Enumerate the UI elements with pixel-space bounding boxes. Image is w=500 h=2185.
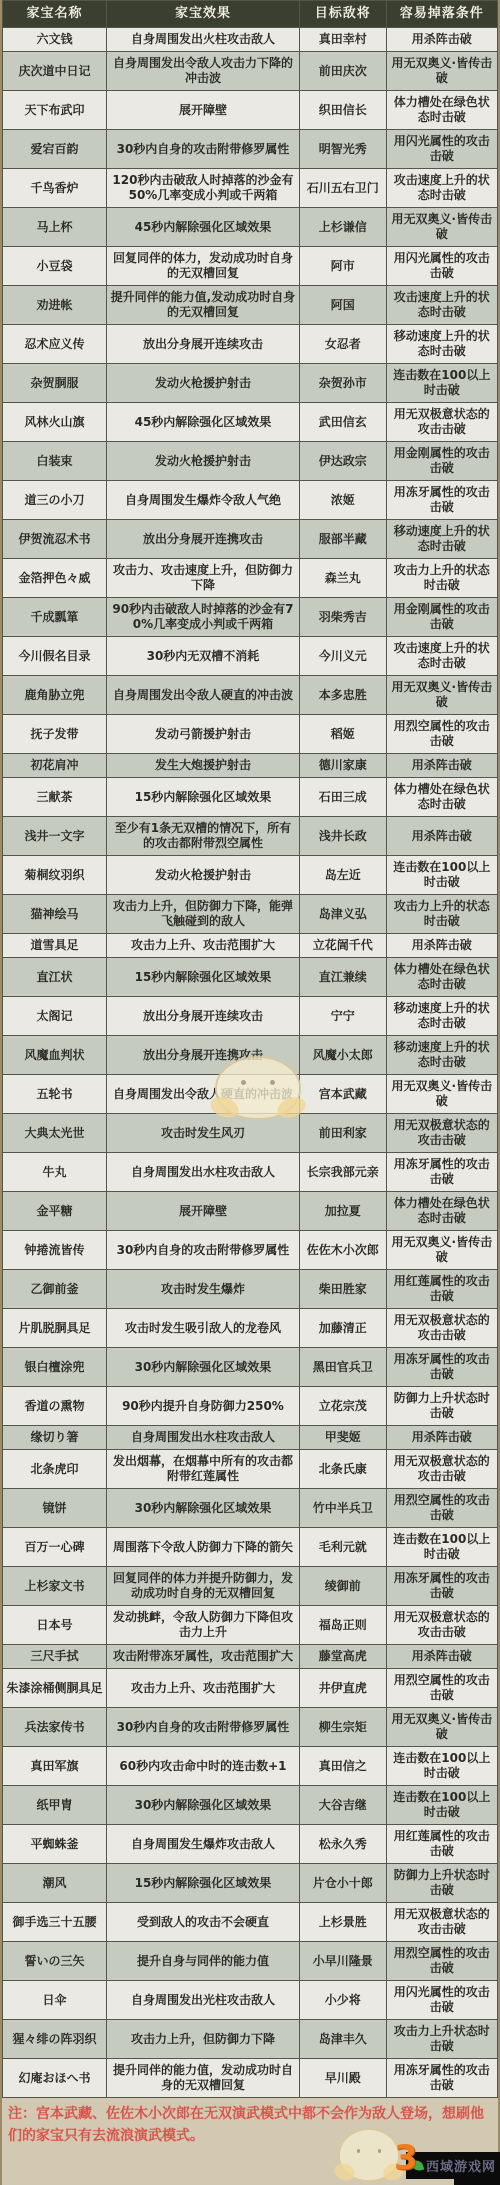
drop-condition-cell: 用烈空属性的攻击击破 [387,1942,498,1981]
table-row: 道三の小刀自身周围发生爆炸令敌人气绝浓姬用冻牙属性的攻击击破 [3,481,498,520]
table-row: 爱宕百韵30秒内自身的攻击附带修罗属性明智光秀用闪光属性的攻击击破 [3,130,498,169]
target-general-cell: 织田信长 [300,91,387,130]
target-general-cell: 德川家康 [300,754,387,778]
heirloom-name-cell: 风林火山旗 [3,403,107,442]
drop-condition-cell: 攻击力上升的状态时击破 [387,559,498,598]
heirloom-effect-cell: 自身周围发出水柱攻击敌人 [107,1426,300,1450]
drop-condition-cell: 用无双奥义·皆传击破 [387,1708,498,1747]
heirloom-effect-cell: 至少有1条无双槽的情况下，所有的攻击都附带烈空属性 [107,817,300,856]
heirloom-name-cell: 片肌脱胴具足 [3,1309,107,1348]
drop-condition-cell: 攻击力上升的状态时击破 [387,895,498,934]
heirloom-name-cell: 千成瓢箪 [3,598,107,637]
column-header-drop-condition: 容易掉落条件 [387,1,498,28]
table-row: 钟捲流皆传30秒内自身的攻击附带修罗属性佐佐木小次郎用无双奥义·皆传击破 [3,1231,498,1270]
drop-condition-cell: 体力槽处在绿色状态时击破 [387,778,498,817]
table-row: 劝进帐提升同伴的能力值,发动成功时自身的无双槽回复阿国攻击速度上升的状态时击破 [3,286,498,325]
target-general-cell: 佐佐木小次郎 [300,1231,387,1270]
table-row: 杂贺胴服发动火枪援护射击杂贺孙市连击数在100以上时击破 [3,364,498,403]
drop-condition-cell: 用烈空属性的攻击击破 [387,715,498,754]
heirloom-effect-cell: 发动挑衅，令敌人防御力下降但攻击力上升 [107,1606,300,1645]
heirloom-effect-cell: 45秒内解除强化区域效果 [107,403,300,442]
drop-condition-cell: 用无双极意状态的攻击击破 [387,1903,498,1942]
table-row: 三献茶15秒内解除强化区域效果石田三成体力槽处在绿色状态时击破 [3,778,498,817]
drop-condition-cell: 用杀阵击破 [387,1645,498,1669]
table-row: 乙御前釜攻击时发生爆炸柴田胜家用红莲属性的攻击击破 [3,1270,498,1309]
table-row: 道雪具足攻击力上升、攻击范围扩大立花訚千代用杀阵击破 [3,934,498,958]
drop-condition-cell: 用无双奥义·皆传击破 [387,1231,498,1270]
target-general-cell: 女忍者 [300,325,387,364]
table-row: 牛丸自身周围发出水柱攻击敌人长宗我部元亲用冻牙属性的攻击击破 [3,1153,498,1192]
heirloom-name-cell: 乙御前釜 [3,1270,107,1309]
drop-condition-cell: 用无双奥义·皆传击破 [387,52,498,91]
target-general-cell: 岛津义弘 [300,895,387,934]
table-row: 浅井一文字至少有1条无双槽的情况下，所有的攻击都附带烈空属性浅井长政用杀阵击破 [3,817,498,856]
watermark-number: 3 [394,2138,418,2178]
heirloom-name-cell: 缘切り箸 [3,1426,107,1450]
drop-condition-cell: 用无双极意状态的攻击击破 [387,1114,498,1153]
drop-condition-cell: 用闪光属性的攻击击破 [387,1981,498,2020]
target-general-cell: 浅井长政 [300,817,387,856]
heirloom-name-cell: 忍术应义传 [3,325,107,364]
heirloom-effect-cell: 展开障壁 [107,91,300,130]
heirloom-name-cell: 初花肩冲 [3,754,107,778]
target-general-cell: 绫御前 [300,1567,387,1606]
table-row: 风魔血判状放出分身展开连携攻击风魔小太郎移动速度上升的状态时击破 [3,1036,498,1075]
drop-condition-cell: 用红莲属性的攻击击破 [387,1825,498,1864]
target-general-cell: 羽柴秀吉 [300,598,387,637]
table-row: 上杉家文书回复同伴的体力并提升防御力，发动成功时自身的无双槽回复绫御前用冻牙属性… [3,1567,498,1606]
table-row: 百万一心碑周围落下令敌人防御力下降的箭矢毛利元就连击数在100以上时击破 [3,1528,498,1567]
heirloom-effect-cell: 发动火枪援护射击 [107,442,300,481]
heirloom-name-cell: 太阁记 [3,997,107,1036]
heirloom-effect-cell: 30秒内解除强化区域效果 [107,1786,300,1825]
table-row: 片肌脱胴具足攻击时发生吸引敌人的龙卷风加藤清正用无双极意状态的攻击击破 [3,1309,498,1348]
drop-condition-cell: 用无双奥义·皆传击破 [387,676,498,715]
table-row: 菊桐纹羽织发动火枪援护射击岛左近连击数在100以上时击破 [3,856,498,895]
drop-condition-cell: 用红莲属性的攻击击破 [387,1270,498,1309]
table-row: 庆次道中日记自身周围发出令敌人攻击力下降的冲击波前田庆次用无双奥义·皆传击破 [3,52,498,91]
footer-note: 注：宫本武藏、佐佐木小次郎在无双演武模式中都不会作为敌人登场，想刷他们的家宝只有… [8,2104,492,2147]
drop-condition-cell: 体力槽处在绿色状态时击破 [387,958,498,997]
heirloom-name-cell: 五轮书 [3,1075,107,1114]
drop-condition-cell: 用闪光属性的攻击击破 [387,247,498,286]
heirloom-effect-cell: 90秒内击破敌人时掉落的沙金有70%几率变成小判或千两箱 [107,598,300,637]
table-row: 猩々绯の阵羽织攻击力上升，但防御力下降岛津丰久攻击力上升状态时击破 [3,2020,498,2059]
table-row: 誓いの三矢提升自身与同伴的能力值小早川隆景用烈空属性的攻击击破 [3,1942,498,1981]
table-row: 御手选三十五腰受到敌人的攻击不会硬直上杉景胜用无双极意状态的攻击击破 [3,1903,498,1942]
heirloom-effect-cell: 放出分身展开连携攻击 [107,520,300,559]
target-general-cell: 柳生宗矩 [300,1708,387,1747]
heirloom-effect-cell: 发生大炮援护射击 [107,754,300,778]
target-general-cell: 阿国 [300,286,387,325]
heirloom-name-cell: 道三の小刀 [3,481,107,520]
table-row: 银白檀涂兜30秒内解除强化区域效果黑田官兵卫用冻牙属性的攻击击破 [3,1348,498,1387]
heirloom-name-cell: 猫神绘马 [3,895,107,934]
drop-condition-cell: 攻击速度上升的状态时击破 [387,637,498,676]
heirloom-name-cell: 日伞 [3,1981,107,2020]
drop-condition-cell: 用冻牙属性的攻击击破 [387,1348,498,1387]
drop-condition-cell: 用冻牙属性的攻击击破 [387,1153,498,1192]
table-row: 抚子发带发动弓箭援护射击稻姬用烈空属性的攻击击破 [3,715,498,754]
table-row: 今川假名目录30秒内无双槽不消耗今川义元攻击速度上升的状态时击破 [3,637,498,676]
drop-condition-cell: 用杀阵击破 [387,754,498,778]
heirloom-name-cell: 风魔血判状 [3,1036,107,1075]
drop-condition-cell: 防御力上升状态时击破 [387,1387,498,1426]
drop-condition-cell: 用杀阵击破 [387,28,498,52]
table-header-row: 家宝名称 家宝效果 目标敌将 容易掉落条件 [3,1,498,28]
target-general-cell: 松永久秀 [300,1825,387,1864]
drop-condition-cell: 移动速度上升的状态时击破 [387,1036,498,1075]
heirloom-effect-cell: 30秒内自身的攻击附带修罗属性 [107,1231,300,1270]
target-general-cell: 本多忠胜 [300,676,387,715]
heirloom-name-cell: 道雪具足 [3,934,107,958]
heirloom-effect-cell: 放出分身展开连续攻击 [107,325,300,364]
target-general-cell: 直江兼续 [300,958,387,997]
heirloom-effect-cell: 15秒内解除强化区域效果 [107,1864,300,1903]
heirloom-name-cell: 千鸟香炉 [3,169,107,208]
heirloom-effect-cell: 受到敌人的攻击不会硬直 [107,1903,300,1942]
target-general-cell: 加藤清正 [300,1309,387,1348]
table-row: 金箔押色々威攻击力、攻击速度上升，但防御力下降森兰丸攻击力上升的状态时击破 [3,559,498,598]
drop-condition-cell: 移动速度上升的状态时击破 [387,325,498,364]
target-general-cell: 上杉景胜 [300,1903,387,1942]
heirloom-name-cell: 金箔押色々威 [3,559,107,598]
target-general-cell: 立花宗茂 [300,1387,387,1426]
heirloom-effect-cell: 自身周围发出水柱攻击敌人 [107,1153,300,1192]
table-row: 镜饼30秒内解除强化区域效果竹中半兵卫用烈空属性的攻击击破 [3,1489,498,1528]
drop-condition-cell: 连击数在100以上时击破 [387,1786,498,1825]
heirloom-name-cell: 北条虎印 [3,1450,107,1489]
heirloom-name-cell: 幻庵おほへ书 [3,2059,107,2098]
table-row: 千成瓢箪90秒内击破敌人时掉落的沙金有70%几率变成小判或千两箱羽柴秀吉用金刚属… [3,598,498,637]
table-row: 金平糖展开障壁加拉夏体力槽处在绿色状态时击破 [3,1192,498,1231]
table-row: 大典太光世攻击时发生风刃前田利家用无双极意状态的攻击击破 [3,1114,498,1153]
heirloom-effect-cell: 发动弓箭援护射击 [107,715,300,754]
site-watermark-strip [454,2179,500,2185]
table-row: 直江状15秒内解除强化区域效果直江兼续体力槽处在绿色状态时击破 [3,958,498,997]
drop-condition-cell: 用烈空属性的攻击击破 [387,1669,498,1708]
target-general-cell: 岛左近 [300,856,387,895]
heirloom-effect-cell: 攻击力、攻击速度上升，但防御力下降 [107,559,300,598]
heirloom-name-cell: 镜饼 [3,1489,107,1528]
target-general-cell: 石田三成 [300,778,387,817]
target-general-cell: 小少将 [300,1981,387,2020]
target-general-cell: 毛利元就 [300,1528,387,1567]
target-general-cell: 石川五右卫门 [300,169,387,208]
heirloom-name-cell: 钟捲流皆传 [3,1231,107,1270]
heirloom-effect-cell: 30秒内自身的攻击附带修罗属性 [107,130,300,169]
heirloom-effect-cell: 60秒内攻击命中时的连击数+1 [107,1747,300,1786]
target-general-cell: 藤堂高虎 [300,1645,387,1669]
heirloom-effect-cell: 自身周围发出光柱攻击敌人 [107,1981,300,2020]
heirloom-effect-cell: 展开障壁 [107,1192,300,1231]
drop-condition-cell: 用杀阵击破 [387,817,498,856]
heirloom-name-cell: 劝进帐 [3,286,107,325]
heirloom-effect-cell: 发动火枪援护射击 [107,856,300,895]
heirloom-name-cell: 浅井一文字 [3,817,107,856]
target-general-cell: 浓姬 [300,481,387,520]
heirloom-effect-cell: 自身周围发出令敌人硬直的冲击波 [107,1075,300,1114]
heirloom-effect-cell: 攻击力上升、攻击范围扩大 [107,1669,300,1708]
heirloom-effect-cell: 发动火枪援护射击 [107,364,300,403]
heirloom-effect-cell: 15秒内解除强化区域效果 [107,778,300,817]
heirloom-effect-cell: 提升同伴的能力值，发动成功时自身的无双槽回复 [107,2059,300,2098]
table-row: 日伞自身周围发出光柱攻击敌人小少将用闪光属性的攻击击破 [3,1981,498,2020]
heirloom-effect-cell: 攻击时发生风刃 [107,1114,300,1153]
table-row: 朱漆涂桶侧胴具足攻击力上升、攻击范围扩大井伊直虎用烈空属性的攻击击破 [3,1669,498,1708]
table-row: 白装束发动火枪援护射击伊达政宗用金刚属性的攻击击破 [3,442,498,481]
target-general-cell: 稻姬 [300,715,387,754]
heirloom-effect-cell: 30秒内自身的攻击附带修罗属性 [107,1708,300,1747]
heirloom-name-cell: 誓いの三矢 [3,1942,107,1981]
heirloom-name-cell: 白装束 [3,442,107,481]
target-general-cell: 加拉夏 [300,1192,387,1231]
target-general-cell: 宁宁 [300,997,387,1036]
drop-condition-cell: 用无双奥义·皆传击破 [387,1075,498,1114]
heirloom-effect-cell: 120秒内击破敌人时掉落的沙金有50%几率变成小判或千两箱 [107,169,300,208]
heirloom-name-cell: 今川假名目录 [3,637,107,676]
table-row: 日本号发动挑衅，令敌人防御力下降但攻击力上升福岛正则用无双极意状态的攻击击破 [3,1606,498,1645]
table-row: 潮风15秒内解除强化区域效果片仓小十郎防御力上升状态时击破 [3,1864,498,1903]
table-row: 天下布武印展开障壁织田信长体力槽处在绿色状态时击破 [3,91,498,130]
heirloom-name-cell: 抚子发带 [3,715,107,754]
heirloom-name-cell: 朱漆涂桶侧胴具足 [3,1669,107,1708]
heirloom-name-cell: 直江状 [3,958,107,997]
drop-condition-cell: 用无双极意状态的攻击击破 [387,403,498,442]
heirloom-name-cell: 马上杯 [3,208,107,247]
table-row: 初花肩冲发生大炮援护射击德川家康用杀阵击破 [3,754,498,778]
table-row: 小豆袋回复同伴的体力，发动成功时自身的无双槽回复阿市用闪光属性的攻击击破 [3,247,498,286]
drop-condition-cell: 用无双极意状态的攻击击破 [387,1606,498,1645]
heirloom-effect-cell: 自身周围发生爆炸令敌人气绝 [107,481,300,520]
target-general-cell: 黑田官兵卫 [300,1348,387,1387]
target-general-cell: 上杉谦信 [300,208,387,247]
drop-condition-cell: 用烈空属性的攻击击破 [387,1489,498,1528]
target-general-cell: 早川殿 [300,2059,387,2098]
drop-condition-cell: 体力槽处在绿色状态时击破 [387,1192,498,1231]
heirloom-effect-cell: 自身周围发出令敌人攻击力下降的冲击波 [107,52,300,91]
drop-condition-cell: 用冻牙属性的攻击击破 [387,481,498,520]
heirloom-name-cell: 三献茶 [3,778,107,817]
heirloom-name-cell: 猩々绯の阵羽织 [3,2020,107,2059]
heirloom-name-cell: 杂贺胴服 [3,364,107,403]
drop-condition-cell: 用无双极意状态的攻击击破 [387,1309,498,1348]
target-general-cell: 伊达政宗 [300,442,387,481]
table-row: 真田军旗60秒内攻击命中时的连击数+1真田信之连击数在100以上时击破 [3,1747,498,1786]
drop-condition-cell: 移动速度上升的状态时击破 [387,520,498,559]
table-row: 平蜘蛛釜自身周围发生爆炸攻击敌人松永久秀用红莲属性的攻击击破 [3,1825,498,1864]
target-general-cell: 阿市 [300,247,387,286]
heirloom-name-cell: 三尺手拭 [3,1645,107,1669]
heirloom-effect-cell: 提升自身与同伴的能力值 [107,1942,300,1981]
target-general-cell: 真田幸村 [300,28,387,52]
table-row: 兵法家传书30秒内自身的攻击附带修罗属性柳生宗矩用无双奥义·皆传击破 [3,1708,498,1747]
table-row: 千鸟香炉120秒内击破敌人时掉落的沙金有50%几率变成小判或千两箱石川五右卫门攻… [3,169,498,208]
heirloom-effect-cell: 90秒内提升自身防御力250% [107,1387,300,1426]
heirloom-effect-cell: 攻击力上升，但防御力下降 [107,2020,300,2059]
table-row: 纸甲胄30秒内解除强化区域效果大谷吉继连击数在100以上时击破 [3,1786,498,1825]
table-row: 五轮书自身周围发出令敌人硬直的冲击波宫本武藏用无双奥义·皆传击破 [3,1075,498,1114]
heirloom-name-cell: 菊桐纹羽织 [3,856,107,895]
column-header-heirloom-name: 家宝名称 [3,1,107,28]
drop-condition-cell: 用无双奥义·皆传击破 [387,208,498,247]
target-general-cell: 竹中半兵卫 [300,1489,387,1528]
heirloom-effect-cell: 回复同伴的体力并提升防御力，发动成功时自身的无双槽回复 [107,1567,300,1606]
drop-condition-cell: 用冻牙属性的攻击击破 [387,2059,498,2098]
target-general-cell: 前田利家 [300,1114,387,1153]
drop-condition-cell: 用杀阵击破 [387,934,498,958]
heirloom-name-cell: 伊贺流忍术书 [3,520,107,559]
target-general-cell: 真田信之 [300,1747,387,1786]
heirloom-effect-cell: 攻击时发生爆炸 [107,1270,300,1309]
heirloom-name-cell: 金平糖 [3,1192,107,1231]
drop-condition-cell: 连击数在100以上时击破 [387,1747,498,1786]
drop-condition-cell: 用无双极意状态的攻击击破 [387,1450,498,1489]
heirloom-name-cell: 香道の熏物 [3,1387,107,1426]
heirloom-effect-cell: 攻击附带冻牙属性，攻击范围扩大 [107,1645,300,1669]
heirloom-name-cell: 小豆袋 [3,247,107,286]
table-row: 北条虎印发出烟幕，在烟幕中所有的攻击都附带红莲属性北条氏康用无双极意状态的攻击击… [3,1450,498,1489]
heirloom-name-cell: 天下布武印 [3,91,107,130]
target-general-cell: 森兰丸 [300,559,387,598]
heirloom-effect-cell: 自身周围发出令敌人硬直的冲击波 [107,676,300,715]
heirloom-name-cell: 上杉家文书 [3,1567,107,1606]
target-general-cell: 片仓小十郎 [300,1864,387,1903]
target-general-cell: 大谷吉继 [300,1786,387,1825]
heirloom-effect-cell: 15秒内解除强化区域效果 [107,958,300,997]
heirloom-name-cell: 日本号 [3,1606,107,1645]
heirloom-effect-cell: 攻击力上升、攻击范围扩大 [107,934,300,958]
table-row: 香道の熏物90秒内提升自身防御力250%立花宗茂防御力上升状态时击破 [3,1387,498,1426]
heirloom-name-cell: 御手选三十五腰 [3,1903,107,1942]
heirloom-effect-cell: 周围落下令敌人防御力下降的箭矢 [107,1528,300,1567]
target-general-cell: 立花訚千代 [300,934,387,958]
heirloom-effect-cell: 30秒内无双槽不消耗 [107,637,300,676]
target-general-cell: 前田庆次 [300,52,387,91]
heirloom-effect-cell: 放出分身展开连续攻击 [107,997,300,1036]
column-header-heirloom-effect: 家宝效果 [107,1,300,28]
drop-condition-cell: 用金刚属性的攻击击破 [387,598,498,637]
target-general-cell: 明智光秀 [300,130,387,169]
table-row: 六文钱自身周围发出火柱攻击敌人真田幸村用杀阵击破 [3,28,498,52]
target-general-cell: 甲斐姬 [300,1426,387,1450]
heirloom-name-cell: 庆次道中日记 [3,52,107,91]
drop-condition-cell: 用杀阵击破 [387,1426,498,1450]
drop-condition-cell: 攻击力上升状态时击破 [387,2020,498,2059]
target-general-cell: 福岛正则 [300,1606,387,1645]
drop-condition-cell: 用冻牙属性的攻击击破 [387,1567,498,1606]
drop-condition-cell: 攻击速度上升的状态时击破 [387,169,498,208]
target-general-cell: 武田信玄 [300,403,387,442]
column-header-target-general: 目标敌将 [300,1,387,28]
table-row: 伊贺流忍术书放出分身展开连携攻击服部半藏移动速度上升的状态时击破 [3,520,498,559]
drop-condition-cell: 防御力上升状态时击破 [387,1864,498,1903]
target-general-cell: 服部半藏 [300,520,387,559]
target-general-cell: 今川义元 [300,637,387,676]
heirloom-effect-cell: 发出烟幕，在烟幕中所有的攻击都附带红莲属性 [107,1450,300,1489]
table-row: 太阁记放出分身展开连续攻击宁宁移动速度上升的状态时击破 [3,997,498,1036]
heirloom-name-cell: 平蜘蛛釜 [3,1825,107,1864]
table-row: 风林火山旗45秒内解除强化区域效果武田信玄用无双极意状态的攻击击破 [3,403,498,442]
heirloom-effect-cell: 攻击力上升，但防御力下降，能弹飞触碰到的敌人 [107,895,300,934]
table-row: 缘切り箸自身周围发出水柱攻击敌人甲斐姬用杀阵击破 [3,1426,498,1450]
table-row: 马上杯45秒内解除强化区域效果上杉谦信用无双奥义·皆传击破 [3,208,498,247]
heirloom-effect-cell: 自身周围发出火柱攻击敌人 [107,28,300,52]
heirloom-effect-cell: 回复同伴的体力，发动成功时自身的无双槽回复 [107,247,300,286]
heirloom-effect-cell: 放出分身展开连携攻击 [107,1036,300,1075]
table-row: 猫神绘马攻击力上升，但防御力下降，能弹飞触碰到的敌人岛津义弘攻击力上升的状态时击… [3,895,498,934]
target-general-cell: 长宗我部元亲 [300,1153,387,1192]
drop-condition-cell: 连击数在100以上时击破 [387,364,498,403]
target-general-cell: 柴田胜家 [300,1270,387,1309]
table-row: 鹿角胁立兜自身周围发出令敌人硬直的冲击波本多忠胜用无双奥义·皆传击破 [3,676,498,715]
heirloom-name-cell: 大典太光世 [3,1114,107,1153]
heirloom-effect-cell: 自身周围发生爆炸攻击敌人 [107,1825,300,1864]
target-general-cell: 宫本武藏 [300,1075,387,1114]
site-watermark-label: 西域游戏网 [426,2156,496,2175]
drop-condition-cell: 连击数在100以上时击破 [387,1528,498,1567]
table-row: 三尺手拭攻击附带冻牙属性，攻击范围扩大藤堂高虎用杀阵击破 [3,1645,498,1669]
heirloom-name-cell: 纸甲胄 [3,1786,107,1825]
heirloom-name-cell: 鹿角胁立兜 [3,676,107,715]
drop-condition-cell: 体力槽处在绿色状态时击破 [387,91,498,130]
heirloom-name-cell: 爱宕百韵 [3,130,107,169]
heirloom-name-cell: 六文钱 [3,28,107,52]
heirloom-name-cell: 潮风 [3,1864,107,1903]
target-general-cell: 岛津丰久 [300,2020,387,2059]
heirloom-effect-cell: 30秒内解除强化区域效果 [107,1489,300,1528]
drop-condition-cell: 移动速度上升的状态时击破 [387,997,498,1036]
drop-condition-cell: 用闪光属性的攻击击破 [387,130,498,169]
target-general-cell: 北条氏康 [300,1450,387,1489]
site-watermark-badge: 西域游戏网 [406,2152,500,2179]
heirloom-effect-cell: 45秒内解除强化区域效果 [107,208,300,247]
heirloom-name-cell: 牛丸 [3,1153,107,1192]
drop-condition-cell: 攻击速度上升的状态时击破 [387,286,498,325]
target-general-cell: 井伊直虎 [300,1669,387,1708]
heirloom-name-cell: 真田军旗 [3,1747,107,1786]
heirloom-name-cell: 银白檀涂兜 [3,1348,107,1387]
table-row: 幻庵おほへ书提升同伴的能力值，发动成功时自身的无双槽回复早川殿用冻牙属性的攻击击… [3,2059,498,2098]
guide-page: 家宝名称 家宝效果 目标敌将 容易掉落条件 六文钱自身周围发出火柱攻击敌人真田幸… [0,0,500,2185]
drop-condition-cell: 用金刚属性的攻击击破 [387,442,498,481]
drop-condition-cell: 连击数在100以上时击破 [387,856,498,895]
heirloom-name-cell: 兵法家传书 [3,1708,107,1747]
target-general-cell: 杂贺孙市 [300,364,387,403]
heirloom-name-cell: 百万一心碑 [3,1528,107,1567]
heirloom-drop-table: 家宝名称 家宝效果 目标敌将 容易掉落条件 六文钱自身周围发出火柱攻击敌人真田幸… [2,0,498,2098]
table-row: 忍术应义传放出分身展开连续攻击女忍者移动速度上升的状态时击破 [3,325,498,364]
target-general-cell: 小早川隆景 [300,1942,387,1981]
heirloom-effect-cell: 30秒内解除强化区域效果 [107,1348,300,1387]
heirloom-effect-cell: 攻击时发生吸引敌人的龙卷风 [107,1309,300,1348]
heirloom-effect-cell: 提升同伴的能力值,发动成功时自身的无双槽回复 [107,286,300,325]
target-general-cell: 风魔小太郎 [300,1036,387,1075]
